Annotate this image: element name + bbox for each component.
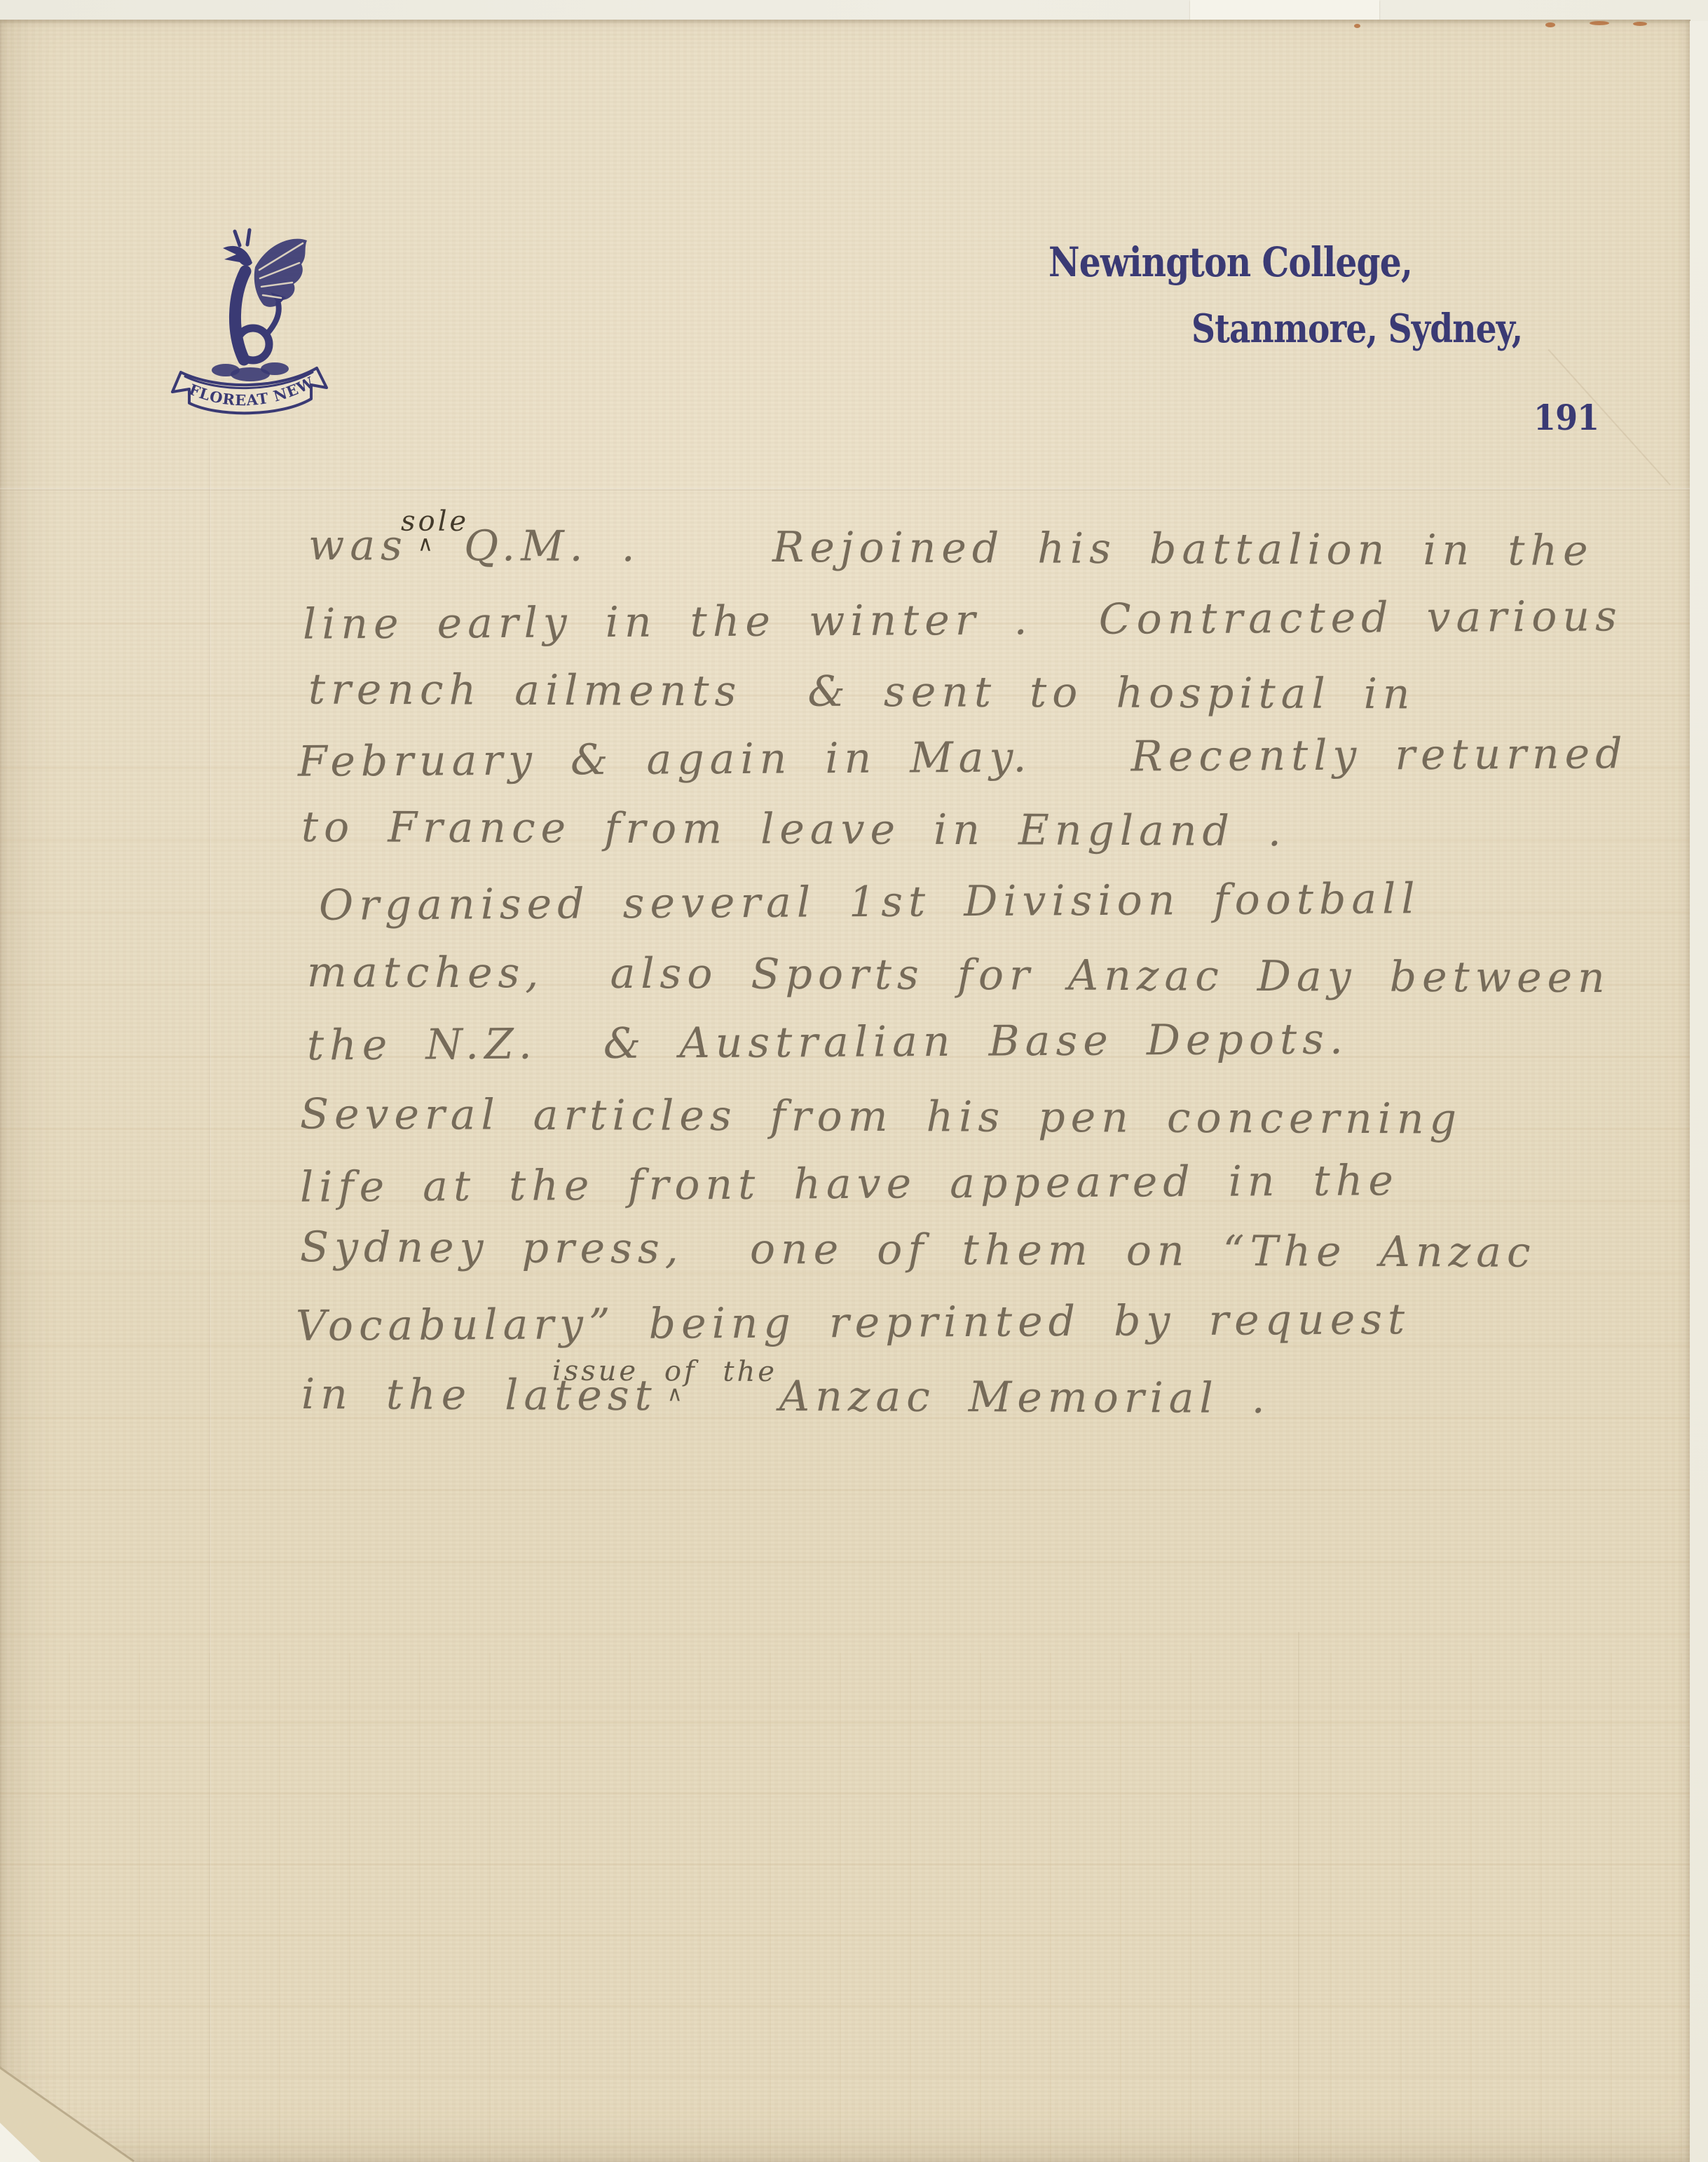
scanner-backdrop-right — [1690, 21, 1708, 2162]
handwritten-line-8: the N.Z. & Australian Base Depots. — [307, 1014, 1348, 1070]
caret-mark-icon: ∧ — [667, 1382, 688, 1406]
handwritten-line-5: to France from leave in England . — [301, 803, 1287, 856]
handwritten-line-9: Several articles from his pen concerning — [300, 1089, 1462, 1143]
letterhead-college-name: Newington College, — [1048, 238, 1412, 286]
caret-mark-icon: ∧ — [418, 531, 439, 556]
letterhead-year-prefix: 191 — [1533, 397, 1599, 438]
hand-text: Anzac Memorial . — [713, 1372, 1271, 1423]
rust-spot — [1590, 21, 1609, 25]
handwritten-line-12: Vocabulary” being reprinted by request — [296, 1295, 1411, 1351]
letter-paper: FLOREAT NEWINGTONIA Newington College, S… — [0, 20, 1690, 2162]
handwritten-line-4: February & again in May. Recently return… — [298, 729, 1628, 787]
hand-text: Q.M. . Rejoined his battalion in the — [464, 522, 1594, 576]
dog-ear-backing — [0, 2123, 41, 2162]
scanned-letter-page: FLOREAT NEWINGTONIA Newington College, S… — [0, 0, 1708, 2162]
inserted-word: issue of the — [552, 1355, 777, 1388]
college-crest-icon: FLOREAT NEWINGTONIA — [168, 226, 329, 426]
handwritten-line-7: matches, also Sports for Anzac Day betwe… — [307, 948, 1611, 1002]
handwritten-line-2: line early in the winter . Contracted va… — [303, 592, 1622, 648]
faint-grid-showthrough — [0, 1653, 1690, 2162]
handwritten-line-10: life at the front have appeared in the — [300, 1156, 1399, 1212]
handwritten-line-1: wassole∧Q.M. . Rejoined his battalion in… — [308, 517, 1594, 576]
rust-spot — [1354, 24, 1360, 28]
hand-text: was — [308, 521, 408, 571]
scanner-backdrop-top — [0, 0, 1708, 21]
insertion-issue-of-the: issue of the∧ — [657, 1368, 713, 1410]
handwritten-line-3: trench ailments & sent to hospital in — [308, 665, 1416, 719]
rust-spot — [1545, 22, 1555, 27]
handwritten-line-13: in the latestissue of the∧ Anzac Memoria… — [301, 1366, 1271, 1423]
handwritten-line-11: Sydney press, one of them on “The Anzac — [300, 1223, 1536, 1277]
handwritten-line-6: Organised several 1st Division football — [319, 874, 1421, 930]
rust-spot — [1633, 22, 1647, 26]
insertion-sole: sole∧ — [408, 518, 464, 560]
letterhead-address: Stanmore, Sydney, — [1191, 306, 1522, 352]
